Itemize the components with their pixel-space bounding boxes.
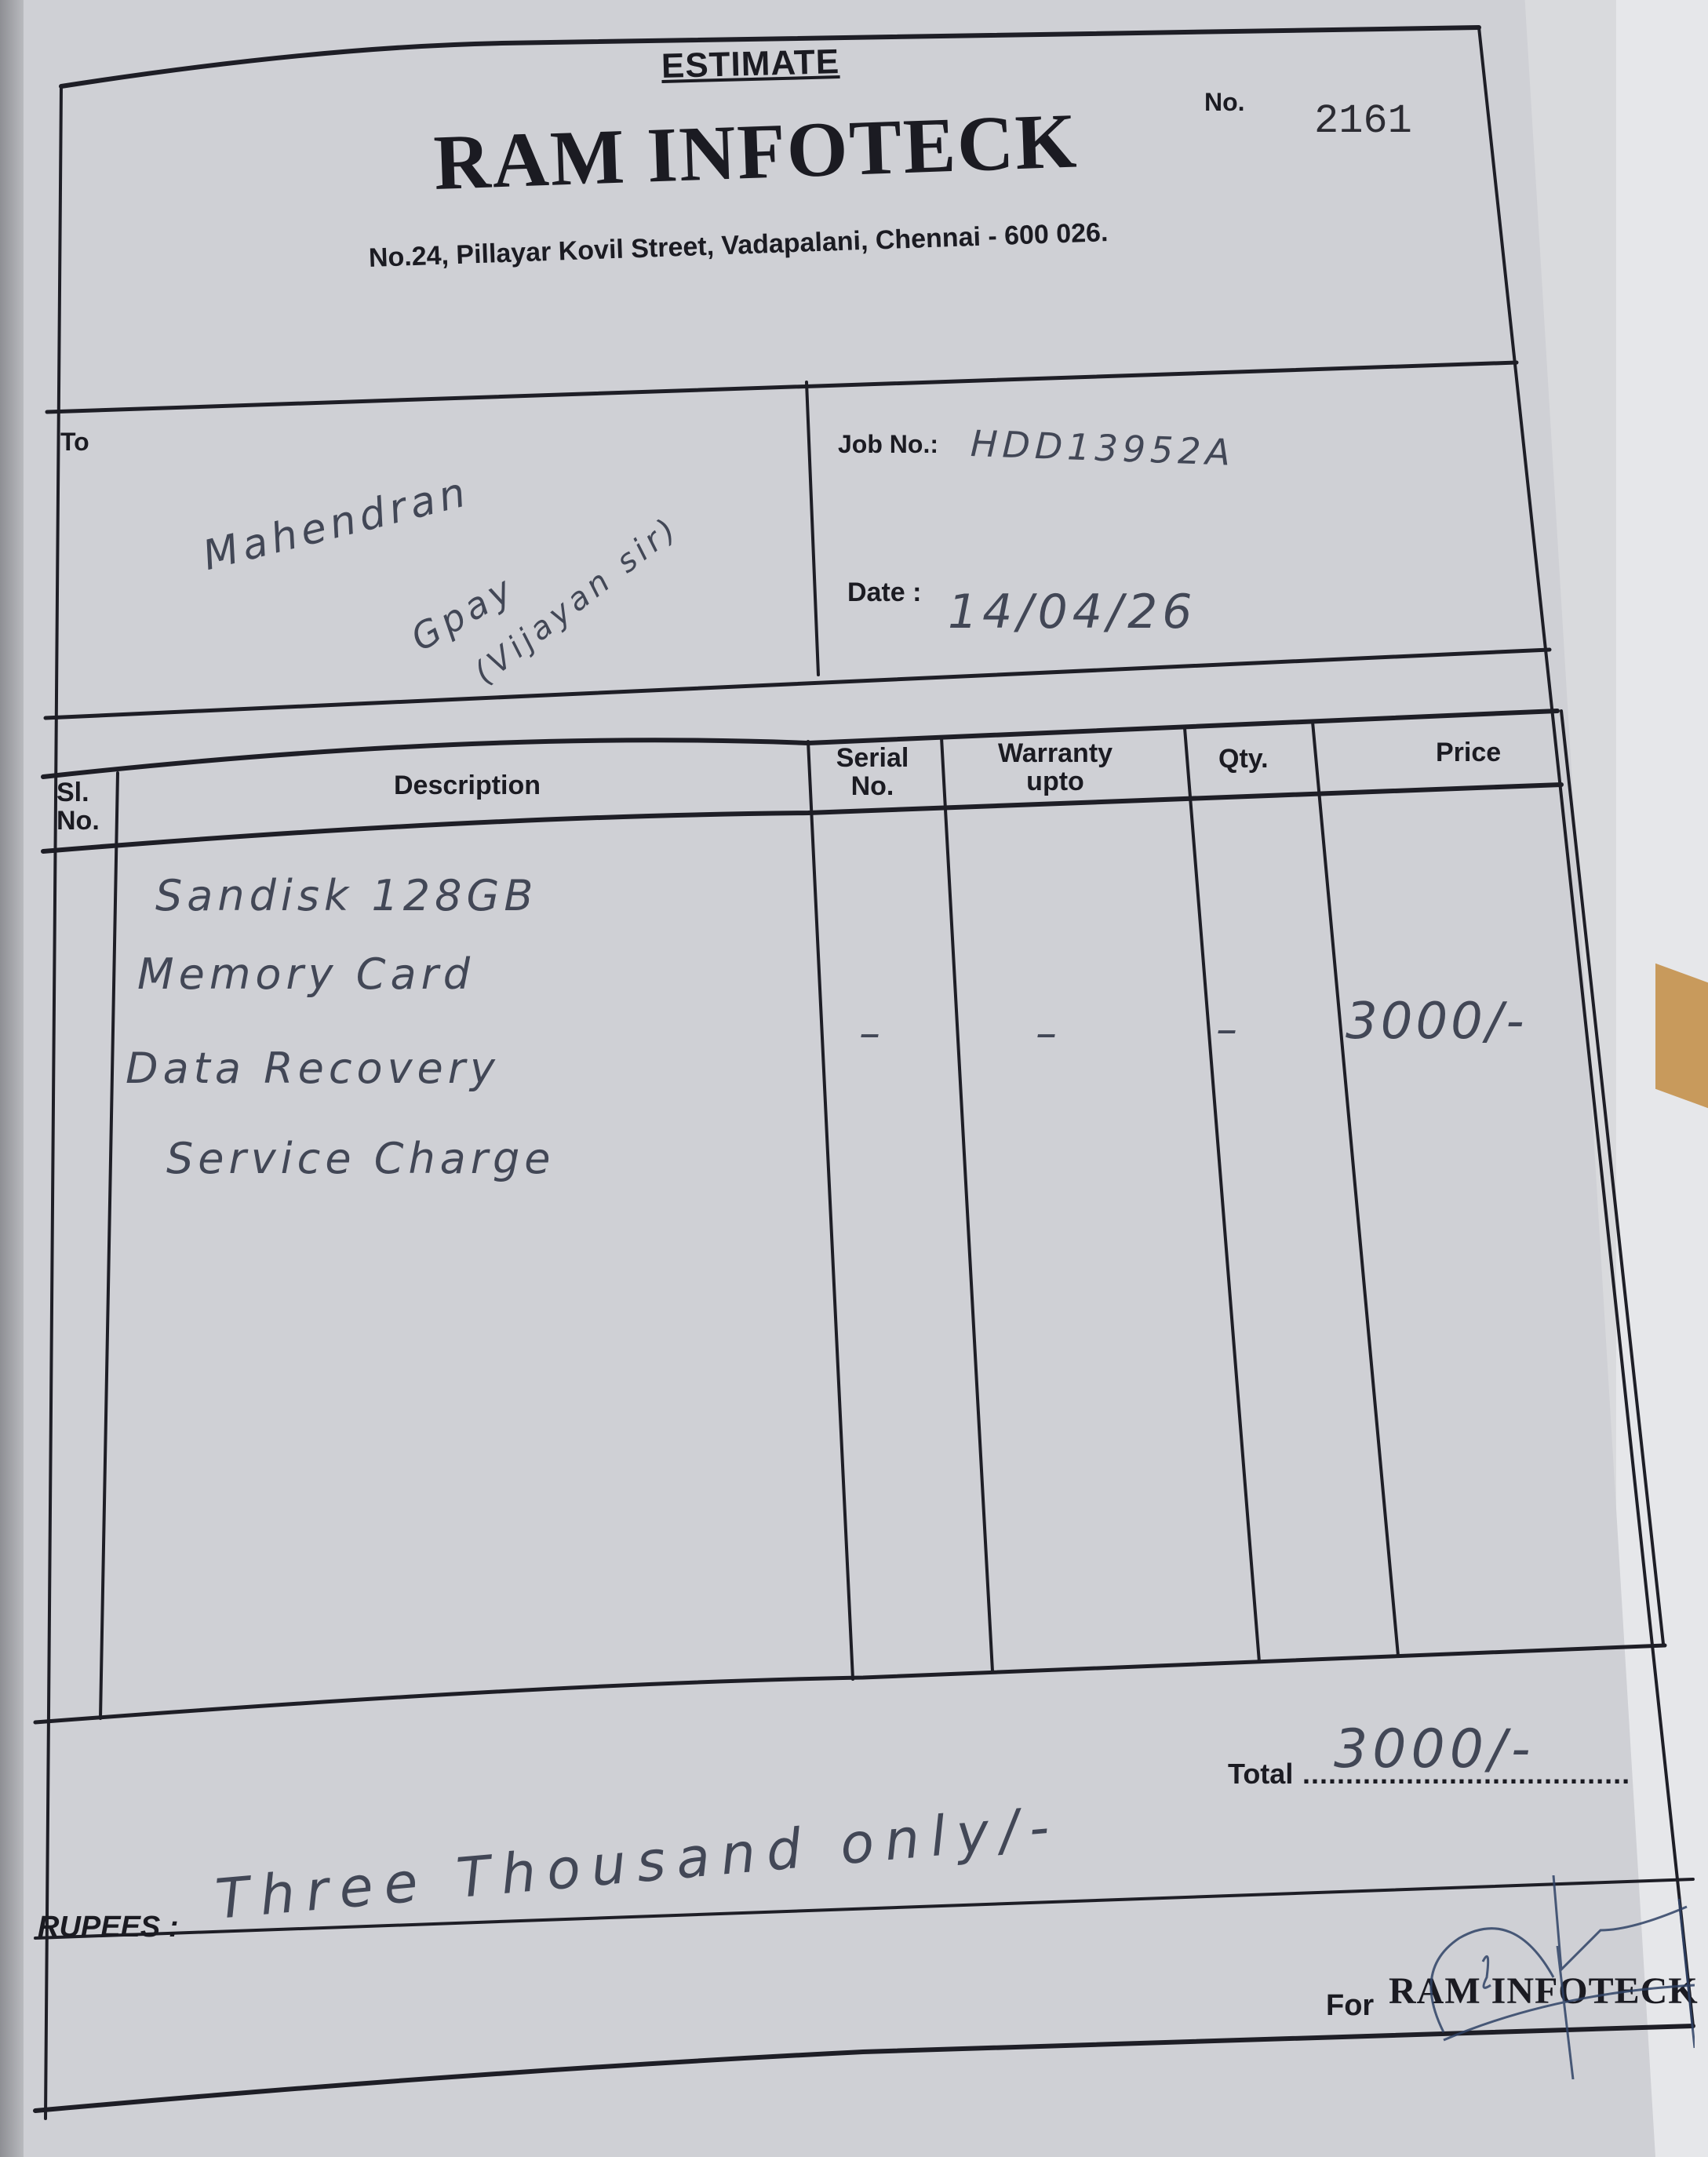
header-serial-no: Serial No.: [833, 744, 912, 800]
date-value: 14/04/26: [948, 585, 1196, 639]
header-warranty: Warranty upto: [989, 739, 1122, 796]
qty-cell: –: [1216, 1004, 1242, 1054]
for-label: For: [1326, 1989, 1374, 2023]
description-line: Sandisk 128GB: [155, 871, 537, 920]
to-label: To: [60, 428, 89, 457]
total-value: 3000/-: [1334, 1718, 1535, 1780]
rupees-label: RUPEES :: [38, 1911, 178, 1944]
estimate-number: 2161: [1314, 98, 1412, 144]
total-label: Total: [1228, 1758, 1293, 1791]
estimate-number-label: No.: [1204, 88, 1245, 117]
serial-no-cell: –: [859, 1008, 885, 1058]
description-line: Service Charge: [166, 1134, 555, 1183]
document-type-title: ESTIMATE: [661, 42, 839, 86]
header-description: Description: [394, 771, 541, 801]
header-qty: Qty.: [1218, 744, 1269, 774]
description-line: Memory Card: [137, 949, 475, 999]
header-sl-no: Sl. No.: [56, 778, 104, 835]
warranty-cell: –: [1036, 1008, 1062, 1058]
estimate-form: ESTIMATE RAM INFOTECK No. 2161 No.24, Pi…: [0, 0, 1708, 2157]
date-label: Date :: [847, 578, 921, 608]
description-line: Data Recovery: [126, 1044, 500, 1093]
header-price: Price: [1436, 738, 1501, 768]
signature-icon: [1397, 1875, 1695, 2079]
price-cell: 3000/-: [1346, 993, 1528, 1051]
job-number-label: Job No.:: [838, 430, 938, 459]
